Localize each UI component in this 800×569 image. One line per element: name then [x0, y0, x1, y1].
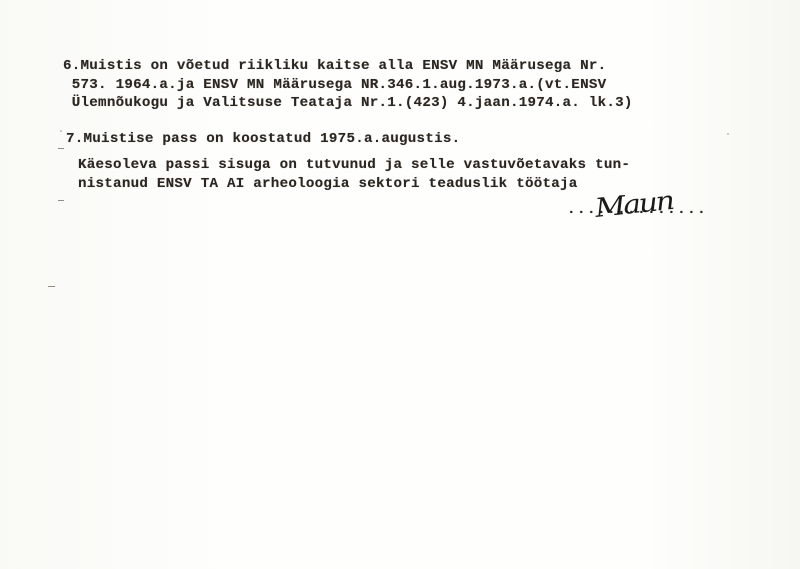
margin-mark: [48, 286, 55, 287]
speck: [60, 130, 62, 132]
speck: [727, 133, 729, 135]
item6-line2: 573. 1964.a.ja ENSV MN Määrusega NR.346.…: [63, 77, 606, 93]
item6-line1: 6.Muistis on võetud riikliku kaitse alla…: [63, 58, 606, 74]
signature: Maun: [594, 186, 674, 224]
item7-line1: 7.Muistise pass on koostatud 1975.a.augu…: [66, 131, 460, 147]
item6-line3: Ülemnõukogu ja Valitsuse Teataja Nr.1.(4…: [63, 95, 633, 111]
statement-line2: nistanud ENSV TA AI arheoloogia sektori …: [78, 176, 578, 192]
margin-mark: [58, 200, 64, 201]
passport-card: 6.Muistis on võetud riikliku kaitse alla…: [0, 0, 800, 569]
margin-mark: [58, 148, 64, 149]
statement-line1: Käesoleva passi sisuga on tutvunud ja se…: [78, 157, 630, 173]
